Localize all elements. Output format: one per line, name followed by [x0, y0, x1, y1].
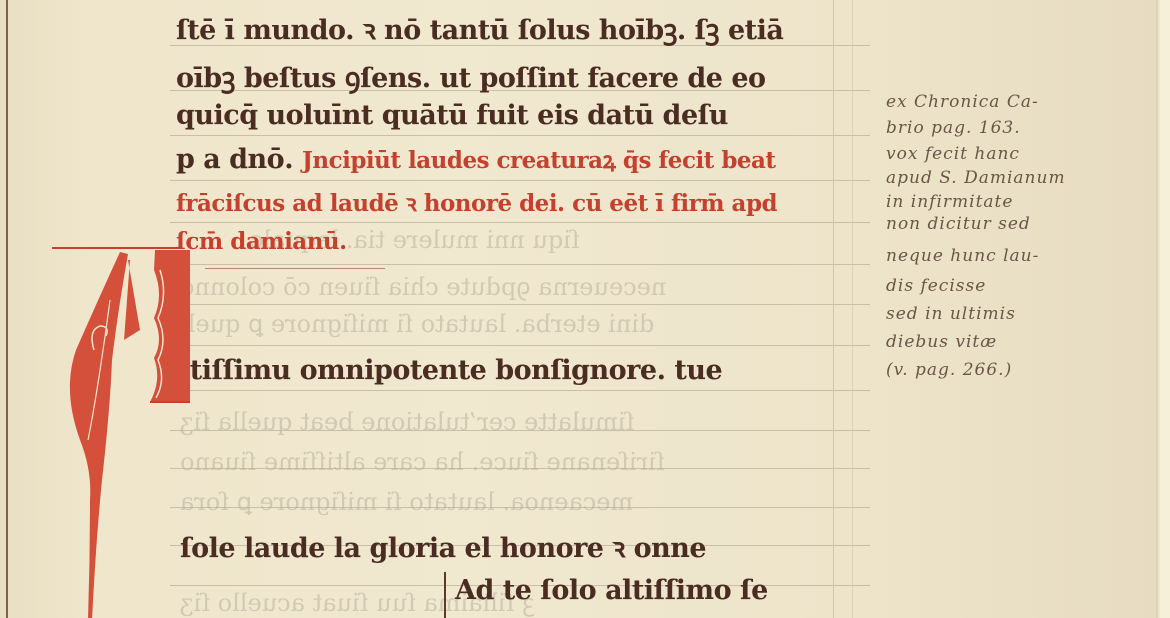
text-line-4-ink: p a dnō.	[176, 144, 293, 175]
rubric-line-2: frāciſcus ad laudē ꝛ honorē dei. cū eēt …	[176, 186, 777, 218]
ruling-line	[170, 304, 870, 305]
canticle-first-line: ltiſſimu omnipotente bonſignore. tue	[180, 355, 722, 386]
margin-annotation-line: dis fecisse	[886, 276, 986, 296]
show-through-text: ſimulatte cerʼtulatione beat quella ſiʒ	[180, 408, 634, 436]
margin-annotation-line: in infirmitate	[886, 192, 1013, 212]
text-line-9: Ad te ſolo altiſſimo ſe	[455, 575, 768, 606]
show-through-text: ſiriſenane ſiuce. ha care altiſſime ſiua…	[180, 448, 665, 476]
text-line-3: quicq̄ uoluīnt quātū fuit eis datū deſu	[176, 100, 728, 131]
show-through-text: mecaenoa. lautato ſi miſignore ꝑ ſora	[180, 488, 633, 516]
ruling-column-line	[852, 0, 853, 618]
binding-gutter-line	[6, 0, 8, 618]
margin-annotation-line: diebus vitæ	[886, 332, 997, 352]
ruling-line	[170, 390, 870, 391]
margin-annotation-line: vox fecit hanc	[886, 144, 1020, 164]
margin-annotation-line: non dicitur sed	[886, 214, 1031, 234]
ruling-line	[170, 180, 870, 181]
margin-annotation-line: brio pag. 163.	[886, 118, 1021, 138]
rubric-heading: Jncipiūt laudes creaturaꝝ q̄s fecit beat	[302, 147, 776, 174]
ruling-line	[170, 264, 870, 265]
paragraph-mark	[444, 572, 446, 618]
ruling-column-line	[833, 0, 834, 618]
rubric-underline	[205, 268, 385, 269]
rubric-line-3: ſcm̄ damianū.	[176, 228, 347, 255]
show-through-text: neceuerna ꝯpdute chia ſiuen cō colonno	[180, 270, 666, 303]
decorated-initial-a-icon	[50, 240, 200, 618]
margin-annotation-line: neque hunc lau-	[886, 246, 1039, 266]
page-edge	[1156, 0, 1160, 618]
text-line-2: oībꝫ beſtus ꝯſens. ut poſſint facere de …	[176, 58, 766, 95]
text-line-8: ſole laude la gloria el honore ꝛ onne	[180, 528, 706, 565]
ruling-line	[170, 345, 870, 346]
margin-annotation-line: ex Chronica Ca-	[886, 92, 1039, 112]
ruling-line	[170, 222, 870, 223]
text-line-4: p a dnō. Jncipiūt laudes creaturaꝝ q̄s f…	[176, 143, 776, 175]
text-line-1: ſtē ī mundo. ꝛ nō tantū ſolus hoībꝫ. ſꝫ …	[176, 10, 783, 47]
ruling-line	[170, 135, 870, 136]
margin-annotation-line: sed in ultimis	[886, 304, 1016, 324]
margin-annotation-line: (v. pag. 266.)	[886, 360, 1012, 380]
show-through-text: dini eterba. lautato ſi miſignore ꝑ quel…	[180, 310, 654, 338]
margin-annotation-line: apud S. Damianum	[886, 168, 1066, 188]
